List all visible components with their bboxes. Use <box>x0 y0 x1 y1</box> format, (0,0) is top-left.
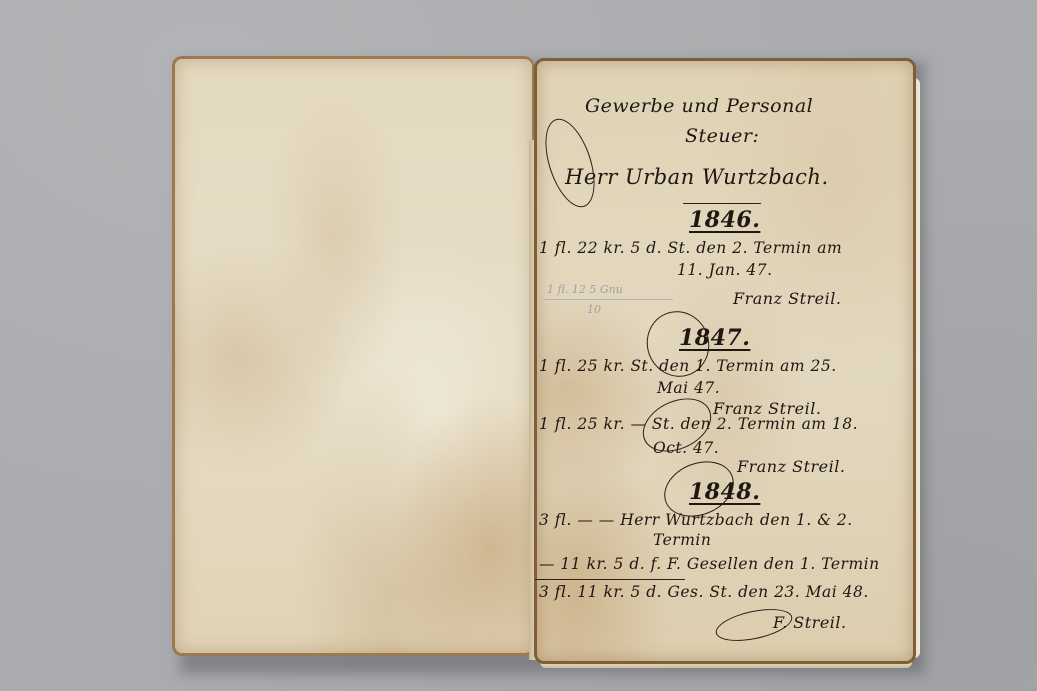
heading-line-3: Herr Urban Wurtzbach. <box>565 165 829 189</box>
entry-1848-1-line-1: 3 fl. — — Herr Wurtzbach den 1. & 2. <box>539 511 853 529</box>
heading-line-2: Steuer: <box>685 125 759 147</box>
right-page-ledger: Gewerbe und Personal Steuer: Herr Urban … <box>534 58 916 664</box>
heading-flourish-icon <box>536 113 604 213</box>
entry-1846-1-line-2: 11. Jan. 47. <box>677 261 773 279</box>
year-1848: 1848. <box>689 479 760 505</box>
entry-1848-3-line-1: 3 fl. 11 kr. 5 d. Ges. St. den 23. Mai 4… <box>539 583 869 601</box>
year-1846: 1846. <box>689 207 760 233</box>
heading-line-1: Gewerbe und Personal <box>585 95 813 117</box>
entry-1847-1-line-1: 1 fl. 25 kr. St. den 1. Termin am 25. <box>539 357 837 375</box>
signature-franz-streil-1: Franz Streil. <box>733 289 841 308</box>
heading-underline <box>683 203 761 204</box>
left-page-blank <box>172 56 534 656</box>
signature-f-streil: F. Streil. <box>773 613 847 632</box>
entry-1848-1-line-2: Termin <box>653 531 711 549</box>
entry-1848-2-line-1: — 11 kr. 5 d. f. F. Gesellen den 1. Term… <box>539 555 880 573</box>
entry-1847-2-line-2: Oct. 47. <box>653 439 719 457</box>
pencil-note-line-2: 10 <box>587 303 601 316</box>
pencil-note-line-1: 1 fl. 12 5 Gnu <box>547 283 623 296</box>
entry-1846-1-line-1: 1 fl. 22 kr. 5 d. St. den 2. Termin am <box>539 239 842 257</box>
entry-1848-separator <box>535 579 685 580</box>
signature-franz-streil-3: Franz Streil. <box>737 457 845 476</box>
entry-1847-1-line-2: Mai 47. <box>657 379 720 397</box>
pencil-note-rule <box>543 299 673 300</box>
year-1847: 1847. <box>679 325 750 351</box>
